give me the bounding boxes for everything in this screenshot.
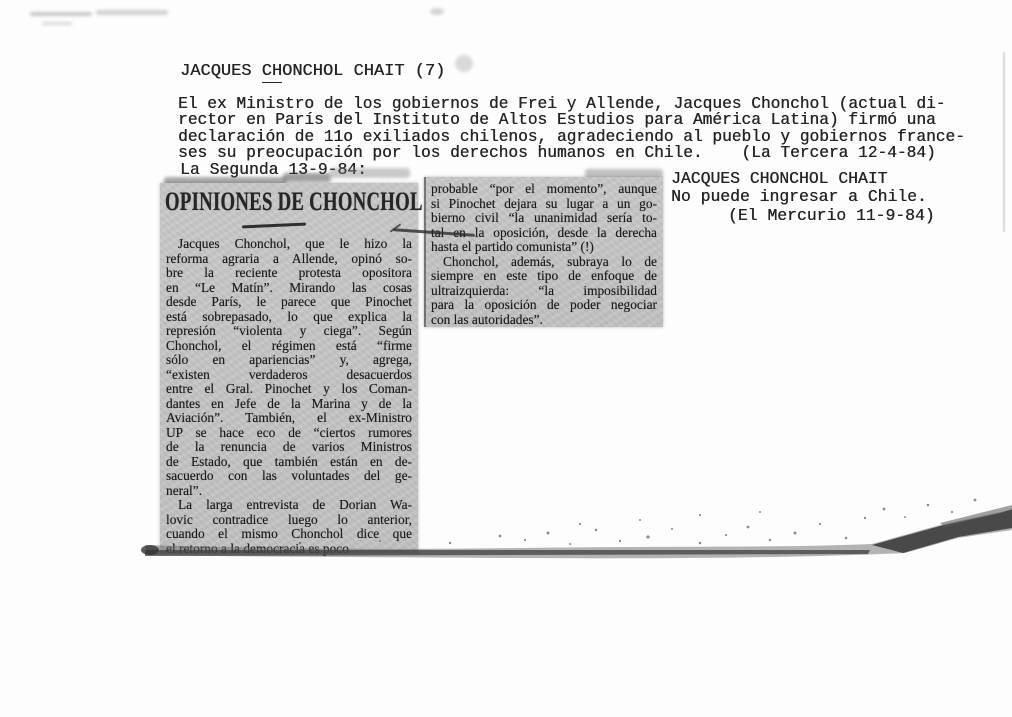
headline-rule	[242, 223, 306, 229]
text-line: si Pinochet dejara su lugar a un go-	[431, 197, 657, 212]
text-line: con las autoridades”.	[431, 313, 657, 328]
page-title-underlined: CH	[262, 62, 282, 83]
text-line: neral”.	[166, 484, 412, 499]
page-title: JACQUES CHONCHOL CHAIT (7)	[180, 63, 445, 81]
paper-edge-shadow	[1003, 52, 1005, 232]
text-line: La larga entrevista de Dorian Wa-	[166, 498, 412, 513]
page-title-prefix: JACQUES	[180, 62, 262, 81]
text-line: Aviación”. También, el ex-Ministro	[166, 411, 412, 426]
text-line: represión “violenta y ciega”. Según	[166, 324, 412, 339]
text-line: el retorno a la democracia es poco	[166, 542, 412, 557]
newspaper-clipping-left-column: OPINIONES DE CHONCHOL Jacques Chonchol, …	[160, 183, 418, 553]
scan-smudge	[430, 8, 444, 15]
text-line: de Estado, que también están en de-	[166, 455, 412, 470]
pencil-smudge	[96, 10, 168, 15]
clipping-paragraph: La larga entrevista de Dorian Wa-lovic c…	[166, 498, 412, 556]
scan-smudge	[455, 55, 473, 72]
text-line: El ex Ministro de los gobiernos de Frei …	[178, 96, 988, 112]
text-line: bre la reciente protesta opositora	[166, 266, 412, 281]
pencil-smudge	[42, 22, 72, 25]
text-line: Jacques Chonchol, que le hizo la	[166, 237, 412, 252]
text-line: hasta el partido comunista” (!)	[431, 240, 657, 255]
text-line: sacuerdo con las voluntades del ge-	[166, 469, 412, 484]
scan-band-streak	[940, 505, 1012, 527]
text-line: en “Le Matín”. Mirando las cosas	[166, 281, 412, 296]
text-line: de la renuncia de varios Ministros	[166, 440, 412, 455]
text-line: bierno civil “la unanimidad sería to-	[431, 211, 657, 226]
newspaper-clipping-right-column: probable “por el momento”, aunquesi Pino…	[424, 177, 663, 327]
right-note-text: No puede ingresar a Chile.	[671, 188, 935, 206]
scan-smudge	[283, 173, 331, 182]
right-note: JACQUES CHONCHOL CHAIT No puede ingresar…	[671, 170, 935, 225]
scan-smudge	[330, 168, 410, 178]
text-line: UP se hace eco de “ciertos rumores	[166, 426, 412, 441]
text-line: lovic contradice luego lo anterior,	[166, 513, 412, 528]
clipping-paragraph: probable “por el momento”, aunquesi Pino…	[431, 182, 657, 255]
text-line: desde París, le parece que Pinochet	[166, 295, 412, 310]
text-line: Chonchol, además, subraya lo de	[431, 255, 657, 270]
text-line: “existen verdaderos desacuerdos	[166, 368, 412, 383]
text-line: declaración de 11o exiliados chilenos, a…	[178, 129, 988, 145]
text-line: probable “por el momento”, aunque	[431, 182, 657, 197]
clipping-paragraph: Chonchol, además, subraya lo desiempre e…	[431, 255, 657, 328]
text-line: para la oposición de poder negociar	[431, 298, 657, 313]
intro-paragraph: El ex Ministro de los gobiernos de Frei …	[178, 96, 988, 162]
scan-band-wedge	[872, 509, 1012, 553]
right-note-title: JACQUES CHONCHOL CHAIT	[671, 170, 935, 188]
text-line: reforma agraria a Allende, opinó so-	[166, 252, 412, 267]
text-line: está sobrepasado, lo que explica la	[166, 310, 412, 325]
clipping-headline: OPINIONES DE CHONCHOL	[165, 188, 347, 215]
page-title-suffix: ONCHOL CHAIT (7)	[282, 62, 445, 81]
text-line: entre el Gral. Pinochet y los Coman-	[166, 382, 412, 397]
right-note-source: (El Mercurio 11-9-84)	[671, 207, 935, 225]
clipping-paragraph: Jacques Chonchol, que le hizo lareforma …	[166, 237, 412, 498]
text-line: siempre en este tipo de enfoque de	[431, 269, 657, 284]
text-line: rector en París del Instituto de Altos E…	[178, 112, 988, 128]
text-line: sólo en apariencias” y, agrega,	[166, 353, 412, 368]
text-line: dantes en Jefe de la Marina y de la	[166, 397, 412, 412]
scanned-document-page: JACQUES CHONCHOL CHAIT (7) El ex Ministr…	[0, 0, 1012, 717]
pencil-smudge	[30, 12, 92, 16]
text-line: cuando el mismo Chonchol dice que	[166, 527, 412, 542]
text-line: Chonchol, el régimen está “firme	[166, 339, 412, 354]
text-line: ultraizquierda: “la imposibilidad	[431, 284, 657, 299]
scan-blob	[141, 545, 159, 555]
